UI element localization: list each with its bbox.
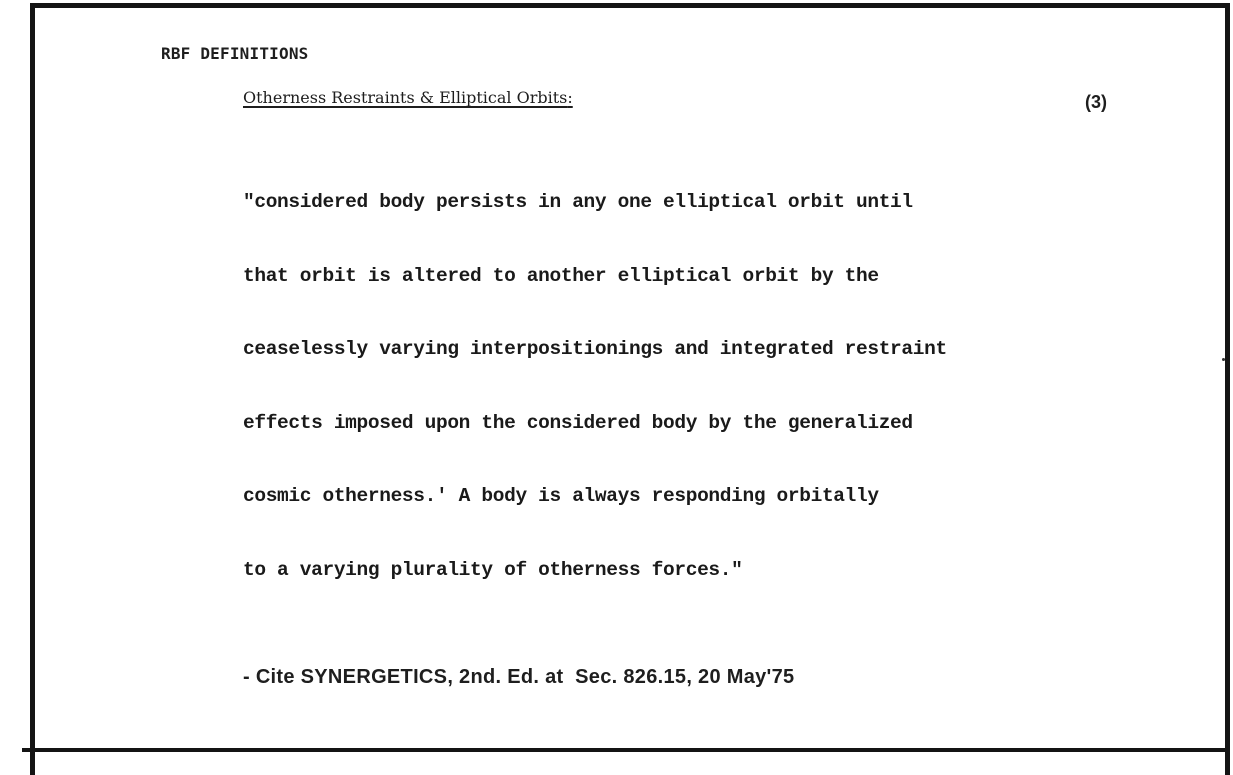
card-frame-right-border xyxy=(1225,3,1230,775)
quote-line: that orbit is altered to another ellipti… xyxy=(243,264,947,289)
definition-quote: "considered body persists in any one ell… xyxy=(243,141,947,607)
citation: - Cite SYNERGETICS, 2nd. Ed. at Sec. 826… xyxy=(243,666,794,689)
quote-line: ceaselessly varying interpositionings an… xyxy=(243,337,947,362)
quote-line: effects imposed upon the considered body… xyxy=(243,411,947,436)
definition-title-colon: : xyxy=(567,88,572,107)
quote-line: cosmic otherness.' A body is always resp… xyxy=(243,484,947,509)
card-frame-top-border xyxy=(30,3,1230,8)
definition-title-text: Otherness Restraints & Elliptical Orbits xyxy=(243,88,567,107)
quote-line: "considered body persists in any one ell… xyxy=(243,190,947,215)
card-frame-bottom-border xyxy=(22,748,1230,752)
page-number: (3) xyxy=(1085,92,1107,113)
paper-speck xyxy=(1222,358,1225,361)
card-frame-left-border xyxy=(30,3,35,775)
definition-title: Otherness Restraints & Elliptical Orbits… xyxy=(243,88,573,107)
quote-line: to a varying plurality of otherness forc… xyxy=(243,558,947,583)
document-header: RBF DEFINITIONS xyxy=(161,44,309,63)
